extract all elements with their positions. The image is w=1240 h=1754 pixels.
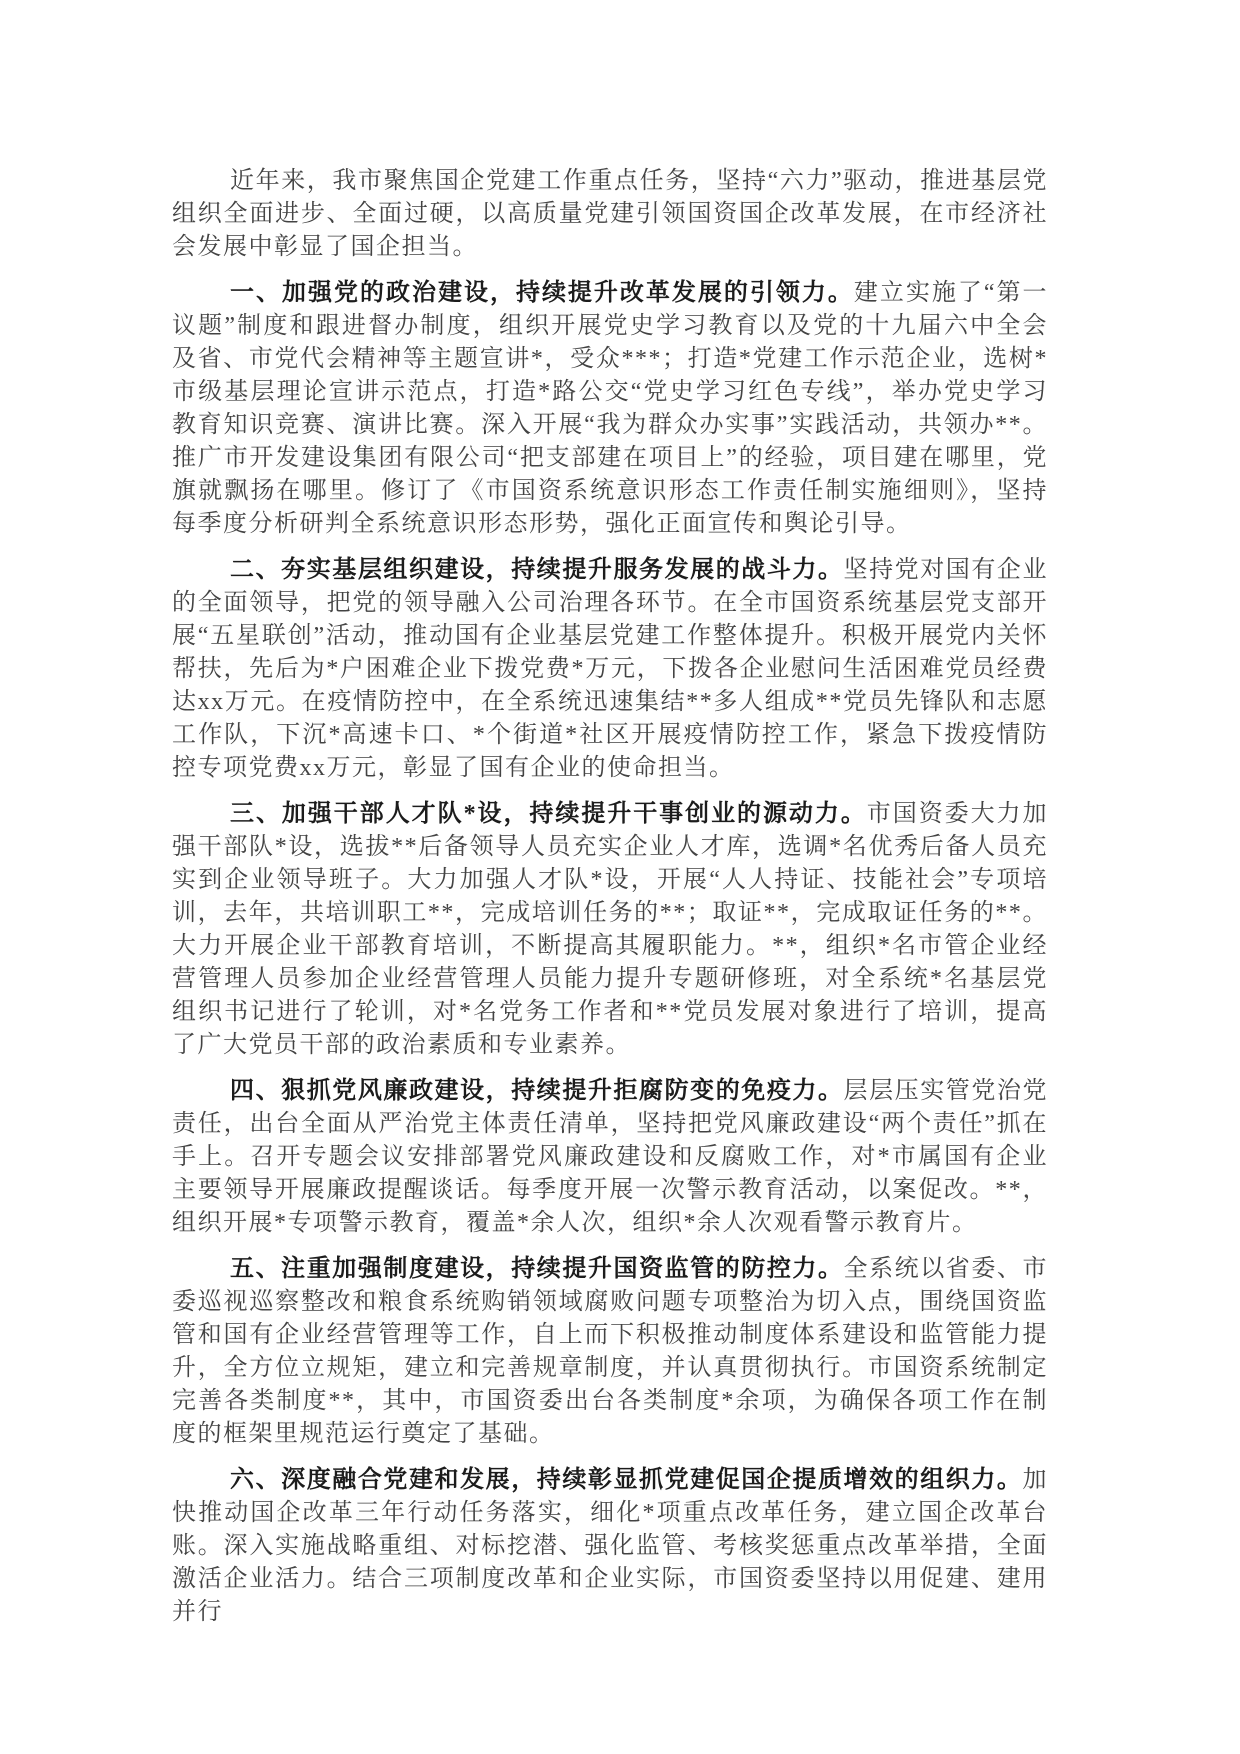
sections-container: 一、加强党的政治建设，持续提升改革发展的引领力。建立实施了“第一议题”制度和跟进… bbox=[172, 277, 1048, 1629]
section-body: 坚持党对国有企业的全面领导，把党的领导融入公司治理各环节。在全市国资系统基层党支… bbox=[172, 557, 1048, 781]
section-body: 建立实施了“第一议题”制度和跟进督办制度，组织开展党史学习教育以及党的十九届六中… bbox=[172, 280, 1048, 537]
section-paragraph: 一、加强党的政治建设，持续提升改革发展的引领力。建立实施了“第一议题”制度和跟进… bbox=[172, 277, 1048, 541]
section-heading: 六、深度融合党建和发展，持续彰显抓党建促国企提质增效的组织力。 bbox=[230, 1467, 1023, 1493]
section-paragraph: 四、狠抓党风廉政建设，持续提升拒腐防变的免疫力。层层压实管党治党责任，出台全面从… bbox=[172, 1075, 1048, 1240]
section-paragraph: 五、注重加强制度建设，持续提升国资监管的防控力。全系统以省委、市委巡视巡察整改和… bbox=[172, 1253, 1048, 1451]
section-heading: 五、注重加强制度建设，持续提升国资监管的防控力。 bbox=[230, 1256, 844, 1282]
section-heading: 二、夯实基层组织建设，持续提升服务发展的战斗力。 bbox=[230, 557, 844, 583]
intro-paragraph: 近年来，我市聚焦国企党建工作重点任务，坚持“六力”驱动，推进基层党组织全面进步、… bbox=[172, 165, 1048, 264]
section-paragraph: 二、夯实基层组织建设，持续提升服务发展的战斗力。坚持党对国有企业的全面领导，把党… bbox=[172, 554, 1048, 785]
section-paragraph: 六、深度融合党建和发展，持续彰显抓党建促国企提质增效的组织力。加快推动国企改革三… bbox=[172, 1464, 1048, 1629]
section-paragraph: 三、加强干部人才队*设，持续提升干事创业的源动力。市国资委大力加强干部队*设，选… bbox=[172, 798, 1048, 1062]
document-content: 近年来，我市聚焦国企党建工作重点任务，坚持“六力”驱动，推进基层党组织全面进步、… bbox=[172, 165, 1048, 1642]
section-heading: 三、加强干部人才队*设，持续提升干事创业的源动力。 bbox=[230, 801, 867, 827]
section-body: 市国资委大力加强干部队*设，选拔**后备领导人员充实企业人才库，选调*名优秀后备… bbox=[172, 801, 1048, 1058]
document-page: 近年来，我市聚焦国企党建工作重点任务，坚持“六力”驱动，推进基层党组织全面进步、… bbox=[0, 0, 1240, 1754]
section-heading: 一、加强党的政治建设，持续提升改革发展的引领力。 bbox=[230, 280, 854, 306]
section-body: 全系统以省委、市委巡视巡察整改和粮食系统购销领域腐败问题专项整治为切入点，围绕国… bbox=[172, 1256, 1048, 1447]
section-heading: 四、狠抓党风廉政建设，持续提升拒腐防变的免疫力。 bbox=[230, 1078, 844, 1104]
